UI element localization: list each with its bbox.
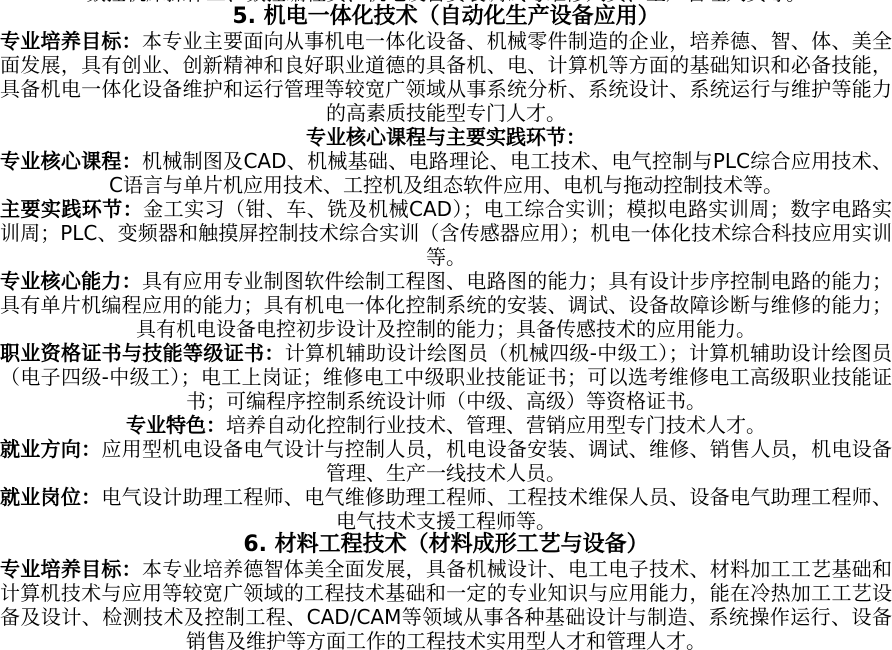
para-label-core-abilities: 专业核心能力： bbox=[0, 269, 142, 293]
para-employment-positions: 就业岗位：电气设计助理工程师、电气维修助理工程师、工程技术维保人员、设备电气助理… bbox=[0, 485, 892, 533]
para-certificates: 职业资格证书与技能等级证书：计算机辅助设计绘图员（机械四级-中级工）；计算机辅助… bbox=[0, 341, 892, 413]
para-practice-sessions: 主要实践环节：金工实习（钳、车、铣及机械CAD）；电工综合实训；模拟电路实训周；… bbox=[0, 197, 892, 269]
para-label-certificates: 职业资格证书与技能等级证书： bbox=[0, 341, 285, 365]
subheading-core-courses-and-practice: 专业核心课程与主要实践环节： bbox=[0, 125, 892, 149]
para-training-objectives-6: 专业培养目标：本专业培养德智体美全面发展，具备机械设计、电工电子技术、材料加工工… bbox=[0, 557, 892, 650]
para-text-specialty-features: 培养自动化控制行业技术、管理、营销应用型专门技术人才。 bbox=[226, 413, 766, 437]
para-text-employment-positions: 电气设计助理工程师、电气维修助理工程师、工程技术维保人员、设备电气助理工程师、电… bbox=[101, 485, 892, 533]
para-training-objectives-5: 专业培养目标：本专业主要面向从事机电一体化设备、机械零件制造的企业，培养德、智、… bbox=[0, 29, 892, 125]
document-page: 数控机床操作工、数控编程员、机电设备安装调试与维修人员、生产管理人员等。 5. … bbox=[0, 0, 892, 650]
para-text-core-courses: 机械制图及CAD、机械基础、电路理论、电工技术、电气控制与PLC综合应用技术、C… bbox=[109, 149, 892, 197]
para-label-training-objectives-5: 专业培养目标： bbox=[0, 29, 142, 53]
para-label-employment-positions: 就业岗位： bbox=[0, 485, 101, 509]
section-title-mechatronics: 5. 机电一体化技术（自动化生产设备应用） bbox=[0, 5, 892, 29]
para-employment-direction: 就业方向：应用型机电设备电气设计与控制人员，机电设备安装、调试、维修、销售人员，… bbox=[0, 437, 892, 485]
para-label-practice-sessions: 主要实践环节： bbox=[0, 197, 143, 221]
para-label-training-objectives-6: 专业培养目标： bbox=[0, 557, 142, 581]
para-label-specialty-features: 专业特色： bbox=[126, 413, 226, 437]
para-core-courses: 专业核心课程：机械制图及CAD、机械基础、电路理论、电工技术、电气控制与PLC综… bbox=[0, 149, 892, 197]
para-label-employment-direction: 就业方向： bbox=[0, 437, 101, 461]
section-title-materials-engineering: 6. 材料工程技术（材料成形工艺与设备） bbox=[0, 533, 892, 557]
para-specialty-features: 专业特色：培养自动化控制行业技术、管理、营销应用型专门技术人才。 bbox=[0, 413, 892, 437]
para-text-employment-direction: 应用型机电设备电气设计与控制人员，机电设备安装、调试、维修、销售人员，机电设备管… bbox=[101, 437, 892, 485]
para-label-core-courses: 专业核心课程： bbox=[0, 149, 142, 173]
para-core-abilities: 专业核心能力：具有应用专业制图软件绘制工程图、电路图的能力；具有设计步序控制电路… bbox=[0, 269, 892, 341]
